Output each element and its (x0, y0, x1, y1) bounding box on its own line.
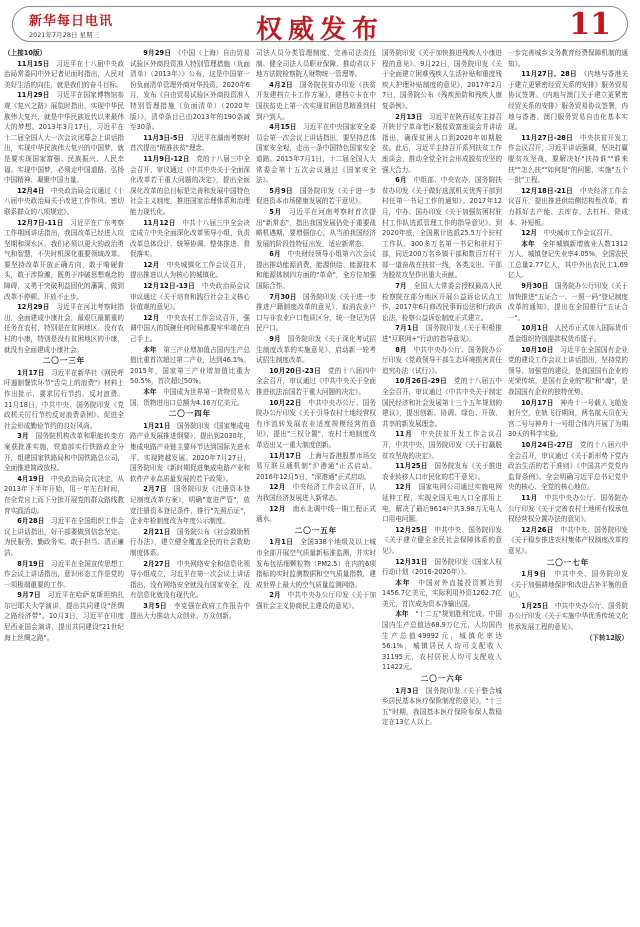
timeline-entry: 9月29日 《中国（上海）自由贸易试验区外商投资准入特别管理措施（负面清单）（2… (130, 48, 250, 133)
entry-date: 12月12日-13日 (143, 282, 202, 290)
entry-date: 2月27日 (143, 560, 177, 568)
entry-date: 11月12日 (143, 219, 182, 227)
timeline-entry: 4月19日 中央政治局会议决定，从2013年下半年开始，用一年左右时间，在全党自… (4, 474, 124, 516)
entry-date: 11月27日-28日 (521, 134, 580, 142)
year-heading: 二〇一五年 (256, 526, 376, 537)
timeline-entry: 12月18日-21日 中央经济工作会议召开，提出推进供给侧结构性改革，着力抓好去… (508, 186, 628, 228)
entry-date: 1月9日 (521, 570, 554, 578)
masthead: 新华每日电讯 2021年7月28日 星期三 权威发布 11 (12, 6, 628, 42)
timeline-entry: 10月17日 神舟十一号载人飞船发射升空，在轨飞行期间，两名航天员在天宫二号与神… (508, 398, 628, 440)
timeline-entry: 2月13日 习近平在陕西延安主持召开陕甘宁革命老区脱贫致富座谈会并讲话指出，确保… (382, 112, 502, 176)
timeline-entry: 本年 中国成为世界第一货物贸易大国，货物进出口总额为4.16万亿美元。 (130, 387, 250, 408)
continued-from-note: （上接10版） (4, 48, 124, 59)
timeline-entry: 11月17日 上海与香港股票市场交易互联互通机制"沪港通"正式启动。2016年1… (256, 451, 376, 483)
timeline-entry: 3月 国务院机构改革和职能转变方案获批准实施，铁道部实行铁路政企分开，组建国家铁… (4, 431, 124, 473)
timeline-entry: 1月25日 中共中央办公厅、国务院办公厅印发《关于实施中华优秀传统文化传承发展工… (508, 601, 628, 633)
timeline-entry: 3月5日 李克强在政府工作报告中提出大力推动大众创业、万众创新。 (130, 601, 250, 622)
entry-date: 11月3日-5日 (143, 134, 190, 142)
year-heading: 二〇一六年 (382, 674, 502, 685)
entry-date: 7月 (395, 282, 413, 290)
entry-date: 4月2日 (269, 81, 300, 89)
entry-date: 12月29日 (17, 303, 56, 311)
timeline-entry: 本年 中国对外直接投资额达到1456.7亿美元，实际利用外资1262.7亿美元，… (382, 578, 502, 610)
entry-date: 10月22日 (269, 399, 308, 407)
timeline-entry: 12月25日 中共中央、国务院印发《关于建立健全全民社会保障体系的意见》。 (382, 525, 502, 557)
entry-date: 11月27日、28日 (521, 70, 583, 78)
year-heading: 二〇一三年 (4, 356, 124, 367)
timeline-entry: 2月27日 中央网络安全和信息化领导小组成立，习近平在第一次会议上讲话指出，没有… (130, 559, 250, 601)
timeline-entry: 12月 中央农村工作会议召开，强调中国人的饭碗任何时候都要牢牢端在自己手上。 (130, 313, 250, 345)
entry-date: 4月15日 (269, 123, 303, 131)
timeline-entry: 7月1日 国务院印发《关于积极推进"互联网+"行动的指导意见》。 (382, 323, 502, 344)
entry-date: 11月15日 (17, 60, 56, 68)
timeline-entry: 10月22日 中共中央办公厅、国务院办公厅印发《关于引导农村土地经营权有序流转发… (256, 398, 376, 451)
article-body: （上接10版）11月15日 习近平在十八届中央政治局常委同中外记者见面时指出，人… (4, 48, 636, 924)
timeline-entry: 1月3日 国务院印发《关于整合城乡居民基本医疗保险制度的意见》，"十三五"时期，… (382, 686, 502, 728)
timeline-entry: 11月 中央扶贫开发工作会议召开，中共中央、国务院印发《关于打赢脱贫攻坚战的决定… (382, 429, 502, 461)
timeline-entry: 国务院印发《关于加快推进残疾人小康进程的意见》。9月22日，国务院印发《关于全面… (382, 48, 502, 112)
entry-date: 10月1日 (521, 324, 555, 332)
timeline-entry: 12月4日 中央政治局会议通过《十八届中央政治局关于改进工作作风、密切联系群众的… (4, 186, 124, 218)
entry-date: 3月 (17, 432, 35, 440)
year-heading: 二〇一四年 (130, 409, 250, 420)
timeline-entry: 12月26日 中共中央、国务院印发《关于稳步推进农村集体产权制度改革的意见》。 (508, 525, 628, 557)
timeline-entry: 11月3日-5日 习近平在湖南考察时首次提出"精准扶贫"理念。 (130, 133, 250, 154)
entry-date: 1月3日 (395, 687, 426, 695)
timeline-entry: 11月27日-28日 中央扶贫开发工作会议召开，习近平讲话强调，坚决打赢脱贫攻坚… (508, 133, 628, 186)
entry-text: 中央城市工作会议召开。 (544, 229, 617, 237)
entry-date: 9月 (269, 335, 287, 343)
entry-date: 2月21日 (143, 528, 177, 536)
continued-to-note: （下转12版） (508, 633, 628, 644)
timeline-entry: 本年 全年城镇新增就业人数1312万人，城镇登记失业率4.05%，全国农民工总量… (508, 239, 628, 281)
timeline-entry: 4月2日 国务院扶贫办印发《扶贫开发建档立卡工作方案》，建档立卡在中国扶贫史上第… (256, 80, 376, 122)
timeline-entry: 7月30日 国务院印发《关于进一步推进户籍制度改革的意见》，取消农业户口与非农业… (256, 292, 376, 334)
entry-date: 1月1日 (269, 538, 300, 546)
timeline-entry: 12月 中央城镇化工作会议召开，提出推进以人为核心的城镇化。 (130, 260, 250, 281)
entry-text: 一步完善城乡义务教育经费保障机制的通知》。 (508, 49, 628, 68)
timeline-entry: 9月7日 习近平在哈萨克斯坦纳扎尔巴耶夫大学演讲，提出共同建设"丝绸之路经济带"… (4, 590, 124, 643)
timeline-entry: 4月15日 习近平在中央国家安全委员会第一次会议上讲话指出，要坚持总体国家安全观… (256, 122, 376, 186)
entry-date: 1月25日 (521, 602, 555, 610)
timeline-entry: 12月 国家电网公司通过实施电网延伸工程，实现全国无电人口全部用上电，解决了最后… (382, 482, 502, 524)
timeline-entry: 司法人员分类管理制度、完善司法责任制、健全司法人员职业保障、推动省以下地方法院检… (256, 48, 376, 80)
timeline-entry: 10月10日 习近平在全国国有企业党的建设工作会议上讲话指出，坚持党的领导、加强… (508, 345, 628, 398)
page-number: 11 (569, 7, 611, 42)
column-3: 司法人员分类管理制度、完善司法责任制、健全司法人员职业保障、推动省以下地方法院检… (256, 48, 376, 924)
entry-text: 国务院印发《国家集成电路产业发展推进纲要》，提出到2030年，集成电路产业链主要… (130, 422, 250, 483)
entry-date: 10月26日-29日 (395, 377, 454, 385)
entry-date: 11月29日 (17, 91, 56, 99)
timeline-entry: 6月 中央财经领导小组第六次会议提出推动能源消费、能源供给、能源技术和能源体制四… (256, 249, 376, 291)
entry-date: 本年 (521, 240, 542, 248)
entry-date: 10月17日 (521, 399, 560, 407)
timeline-entry: 9月 国务院印发《关于深化考试招生制度改革的实施意见》，启动新一轮考试招生制度改… (256, 334, 376, 366)
entry-date: 6月 (269, 250, 287, 258)
entry-date: 5月9日 (269, 187, 300, 195)
timeline-entry: 1月1日 全国338个地级及以上城市全部开展空气质量新标准监测，并实时发布包括细… (256, 537, 376, 590)
timeline-entry: 11月9日-12日 党的十八届三中全会召开，审议通过《中共中央关于全面深化改革若… (130, 154, 250, 218)
timeline-entry: 10月26日-29日 党的十八届五中全会召开，审议通过《中共中央关于制定国民经济… (382, 376, 502, 429)
entry-date: 5月 (269, 208, 289, 216)
timeline-entry: 2月21日 国务院公布《社会救助暂行办法》，建立健全覆盖全民的社会救助制度体系。 (130, 527, 250, 559)
entry-date: 2月7日 (143, 485, 174, 493)
timeline-entry: 10月20日-23日 党的十八届四中全会召开，审议通过《中共中央关于全面推进依法… (256, 366, 376, 398)
entry-date: 8月19日 (17, 560, 51, 568)
entry-date: 7月1日 (395, 324, 426, 332)
entry-text: "十二五"规划胜利完成。中国国内生产总值达68.9万亿元，人均国内生产总值499… (382, 610, 502, 671)
entry-date: 12月 (269, 483, 293, 491)
timeline-entry: 8月 中共中央办公厅、国务院办公厅印发《党政领导干部生态环境损害责任追究办法（试… (382, 345, 502, 377)
timeline-entry: 2月7日 国务院印发《注册资本登记制度改革方案》，明确"宽进严管"，放宽注册资本… (130, 484, 250, 526)
entry-date: 本年 (395, 579, 418, 587)
entry-date: 10月10日 (521, 346, 560, 354)
entry-text: 国务院印发《关于加快推进残疾人小康进程的意见》。9月22日，国务院印发《关于全面… (382, 49, 502, 110)
entry-date: 12月18日-21日 (521, 187, 580, 195)
section-title: 权威发布 (13, 9, 627, 46)
entry-text: 中组部、中央农办、国务院扶贫办印发《关于做好选派机关优秀干部到村任第一书记工作的… (382, 176, 502, 279)
entry-date: 9月7日 (17, 591, 48, 599)
entry-date: 12月7日-11日 (17, 219, 70, 227)
entry-date: 12月 (143, 261, 167, 269)
entry-date: 8月 (395, 346, 413, 354)
entry-date: 本年 (143, 388, 163, 396)
entry-date: 11月9日-12日 (143, 155, 196, 163)
timeline-entry: 11月25日 国务院发布《关于推进农业转移人口市民化的若干意见》。 (382, 461, 502, 482)
column-1: （上接10版）11月15日 习近平在十八届中央政治局常委同中外记者见面时指出，人… (4, 48, 124, 924)
timeline-entry: 12月12日-13日 中央政治局会议审议通过《关于培育和践行社会主义核心价值观的… (130, 281, 250, 313)
timeline-entry: 一步完善城乡义务教育经费保障机制的通知》。 (508, 48, 628, 69)
entry-date: 3月5日 (143, 602, 174, 610)
entry-date: 11月 (521, 494, 545, 502)
timeline-entry: 8月19日 习近平在全国宣传思想工作会议上讲话指出，意识形态工作是党的一项极端重… (4, 559, 124, 591)
timeline-entry: 11月29日 习近平在国家博物馆参观《复兴之路》展览时指出，实现中华民族伟大复兴… (4, 90, 124, 185)
timeline-entry: 6月 中组部、中央农办、国务院扶贫办印发《关于做好选派机关优秀干部到村任第一书记… (382, 175, 502, 281)
timeline-entry: 1月9日 中共中央、国务院印发《关于加强耕地保护和改进占补平衡的意见》。 (508, 569, 628, 601)
timeline-entry: 7月 全国人大常委会授权最高人民检察院在部分地区开展公益诉讼试点工作，2017年… (382, 281, 502, 323)
entry-date: 2月 (269, 591, 287, 599)
entry-date: 11月25日 (395, 462, 434, 470)
entry-date: 1月17日 (17, 369, 51, 377)
entry-text: 司法人员分类管理制度、完善司法责任制、健全司法人员职业保障、推动省以下地方法院检… (256, 49, 376, 78)
entry-text: 习近平在陕西延安主持召开陕甘宁革命老区脱贫致富座谈会并讲话指出，确保贫困人口到2… (382, 113, 502, 174)
entry-date: 6月28日 (17, 517, 51, 525)
entry-text: 习近平在广东考察工作期间讲话指出，我国改革已经进入攻坚期和深水区，我们必须以更大… (4, 219, 124, 301)
timeline-entry: 1月21日 国务院印发《国家集成电路产业发展推进纲要》，提出到2030年，集成电… (130, 421, 250, 485)
entry-date: 12月31日 (395, 558, 434, 566)
entry-date: 10月24日-27日 (521, 441, 580, 449)
entry-date: 12月 (395, 483, 419, 491)
entry-date: 12月4日 (17, 187, 51, 195)
column-2: 9月29日 《中国（上海）自由贸易试验区外商投资准入特别管理措施（负面清单）（2… (130, 48, 250, 924)
entry-date: 12月25日 (395, 526, 434, 534)
entry-date: 12月 (143, 314, 167, 322)
timeline-entry: 5月9日 国务院印发《关于进一步促进资本市场健康发展的若干意见》。 (256, 186, 376, 207)
timeline-entry: 12月 南水北调中线一期工程正式通水。 (256, 504, 376, 525)
entry-date: 1月21日 (143, 422, 177, 430)
timeline-entry: 5月 习近平在河南考察时首次提出"新常态"，指出我国发展仍处于重要战略机遇期，要… (256, 207, 376, 249)
timeline-entry: 11月12日 中共十八届三中全会决定成立中央全面深化改革领导小组，负责改革总体设… (130, 218, 250, 260)
timeline-entry: 本年 第三产业增加值占国内生产总值比重首次超过第二产业，达到46.1%。2015… (130, 345, 250, 387)
column-5: 一步完善城乡义务教育经费保障机制的通知》。11月27日、28日 《内地与香港关于… (508, 48, 628, 924)
timeline-entry: 6月28日 习近平在全国组织工作会议上讲话指出，好干部要做到信念坚定、为民服务、… (4, 516, 124, 558)
entry-date: 9月30日 (521, 282, 555, 290)
entry-text: 习近平在中央国家安全委员会第一次会议上讲话指出，要坚持总体国家安全观，走出一条中… (256, 123, 376, 184)
entry-date: 11月17日 (269, 452, 308, 460)
entry-date: 6月 (395, 176, 413, 184)
timeline-entry: 12月31日 国务院印发《国家人权行动计划（2016-2020年）》。 (382, 557, 502, 578)
entry-date: 4月19日 (17, 475, 51, 483)
entry-date: 2月13日 (395, 113, 429, 121)
timeline-entry: 12月29日 习近平在河北考察时指出，全面建成小康社会，最艰巨最繁重的任务在农村… (4, 302, 124, 355)
timeline-entry: 9月30日 国务院办公厅印发《关于加快推进"五证合一、一照一码"登记制度改革的通… (508, 281, 628, 323)
entry-date: 10月20日-23日 (269, 367, 328, 375)
entry-text: 党的十八届三中全会召开，审议通过《中共中央关于全面深化改革若干重大问题的决定》，… (130, 155, 250, 216)
timeline-entry: 本年 "十二五"规划胜利完成。中国国内生产总值达68.9万亿元，人均国内生产总值… (382, 609, 502, 673)
entry-date: 7月30日 (269, 293, 303, 301)
timeline-entry: 2月 中共中央办公厅印发《关于加强社会主义协商民主建设的意见》。 (256, 590, 376, 611)
entry-date: 12月26日 (521, 526, 560, 534)
timeline-entry: 12月7日-11日 习近平在广东考察工作期间讲话指出，我国改革已经进入攻坚期和深… (4, 218, 124, 303)
entry-date: 本年 (395, 610, 415, 618)
column-4: 国务院印发《关于加快推进残疾人小康进程的意见》。9月22日，国务院印发《关于全面… (382, 48, 502, 924)
timeline-entry: 1月17日 习近平在新华社《网民呼吁遏制餐饮环节"舌尖上的浪费"》材料上作出批示… (4, 368, 124, 432)
timeline-entry: 10月1日 人民币正式加入国际货币基金组织特别提款权货币篮子。 (508, 323, 628, 344)
entry-text: 《中国（上海）自由贸易试验区外商投资准入特别管理措施（负面清单）（2013年）》… (130, 49, 250, 131)
entry-date: 11月 (395, 430, 420, 438)
entry-text: 习近平在国家博物馆参观《复兴之路》展览时指出，实现中华民族伟大复兴，就是中华民族… (4, 91, 124, 184)
entry-date: 12月 (521, 229, 543, 237)
entry-date: 9月29日 (143, 49, 178, 57)
timeline-entry: 12月 中央经济工作会议召开，认为我国经济发展进入新常态。 (256, 482, 376, 503)
timeline-entry: 11月 中共中央办公厅、国务院办公厅印发《关于完善农村土地所有权承包权经营权分置… (508, 493, 628, 525)
timeline-entry: 11月27日、28日 《内地与香港关于建立更紧密经贸关系的安排》服务贸易协议签署… (508, 69, 628, 133)
entry-text: 习近平在新华社《网民呼吁遏制餐饮环节"舌尖上的浪费"》材料上作出批示，要求厉行节… (4, 369, 124, 430)
entry-text: 《内地与香港关于建立更紧密经贸关系的安排》服务贸易协议签署。《内地与澳门关于建立… (508, 70, 628, 131)
timeline-entry: 10月24日-27日 党的十八届六中全会召开，审议通过《关于新形势下党内政治生活… (508, 440, 628, 493)
entry-date: 本年 (143, 346, 163, 354)
timeline-entry: 12月 中央城市工作会议召开。 (508, 228, 628, 239)
year-heading: 二〇一七年 (508, 558, 628, 569)
entry-date: 12月 (269, 505, 293, 513)
timeline-entry: 11月15日 习近平在十八届中央政治局常委同中外记者见面时指出，人民对美好生活的… (4, 59, 124, 91)
